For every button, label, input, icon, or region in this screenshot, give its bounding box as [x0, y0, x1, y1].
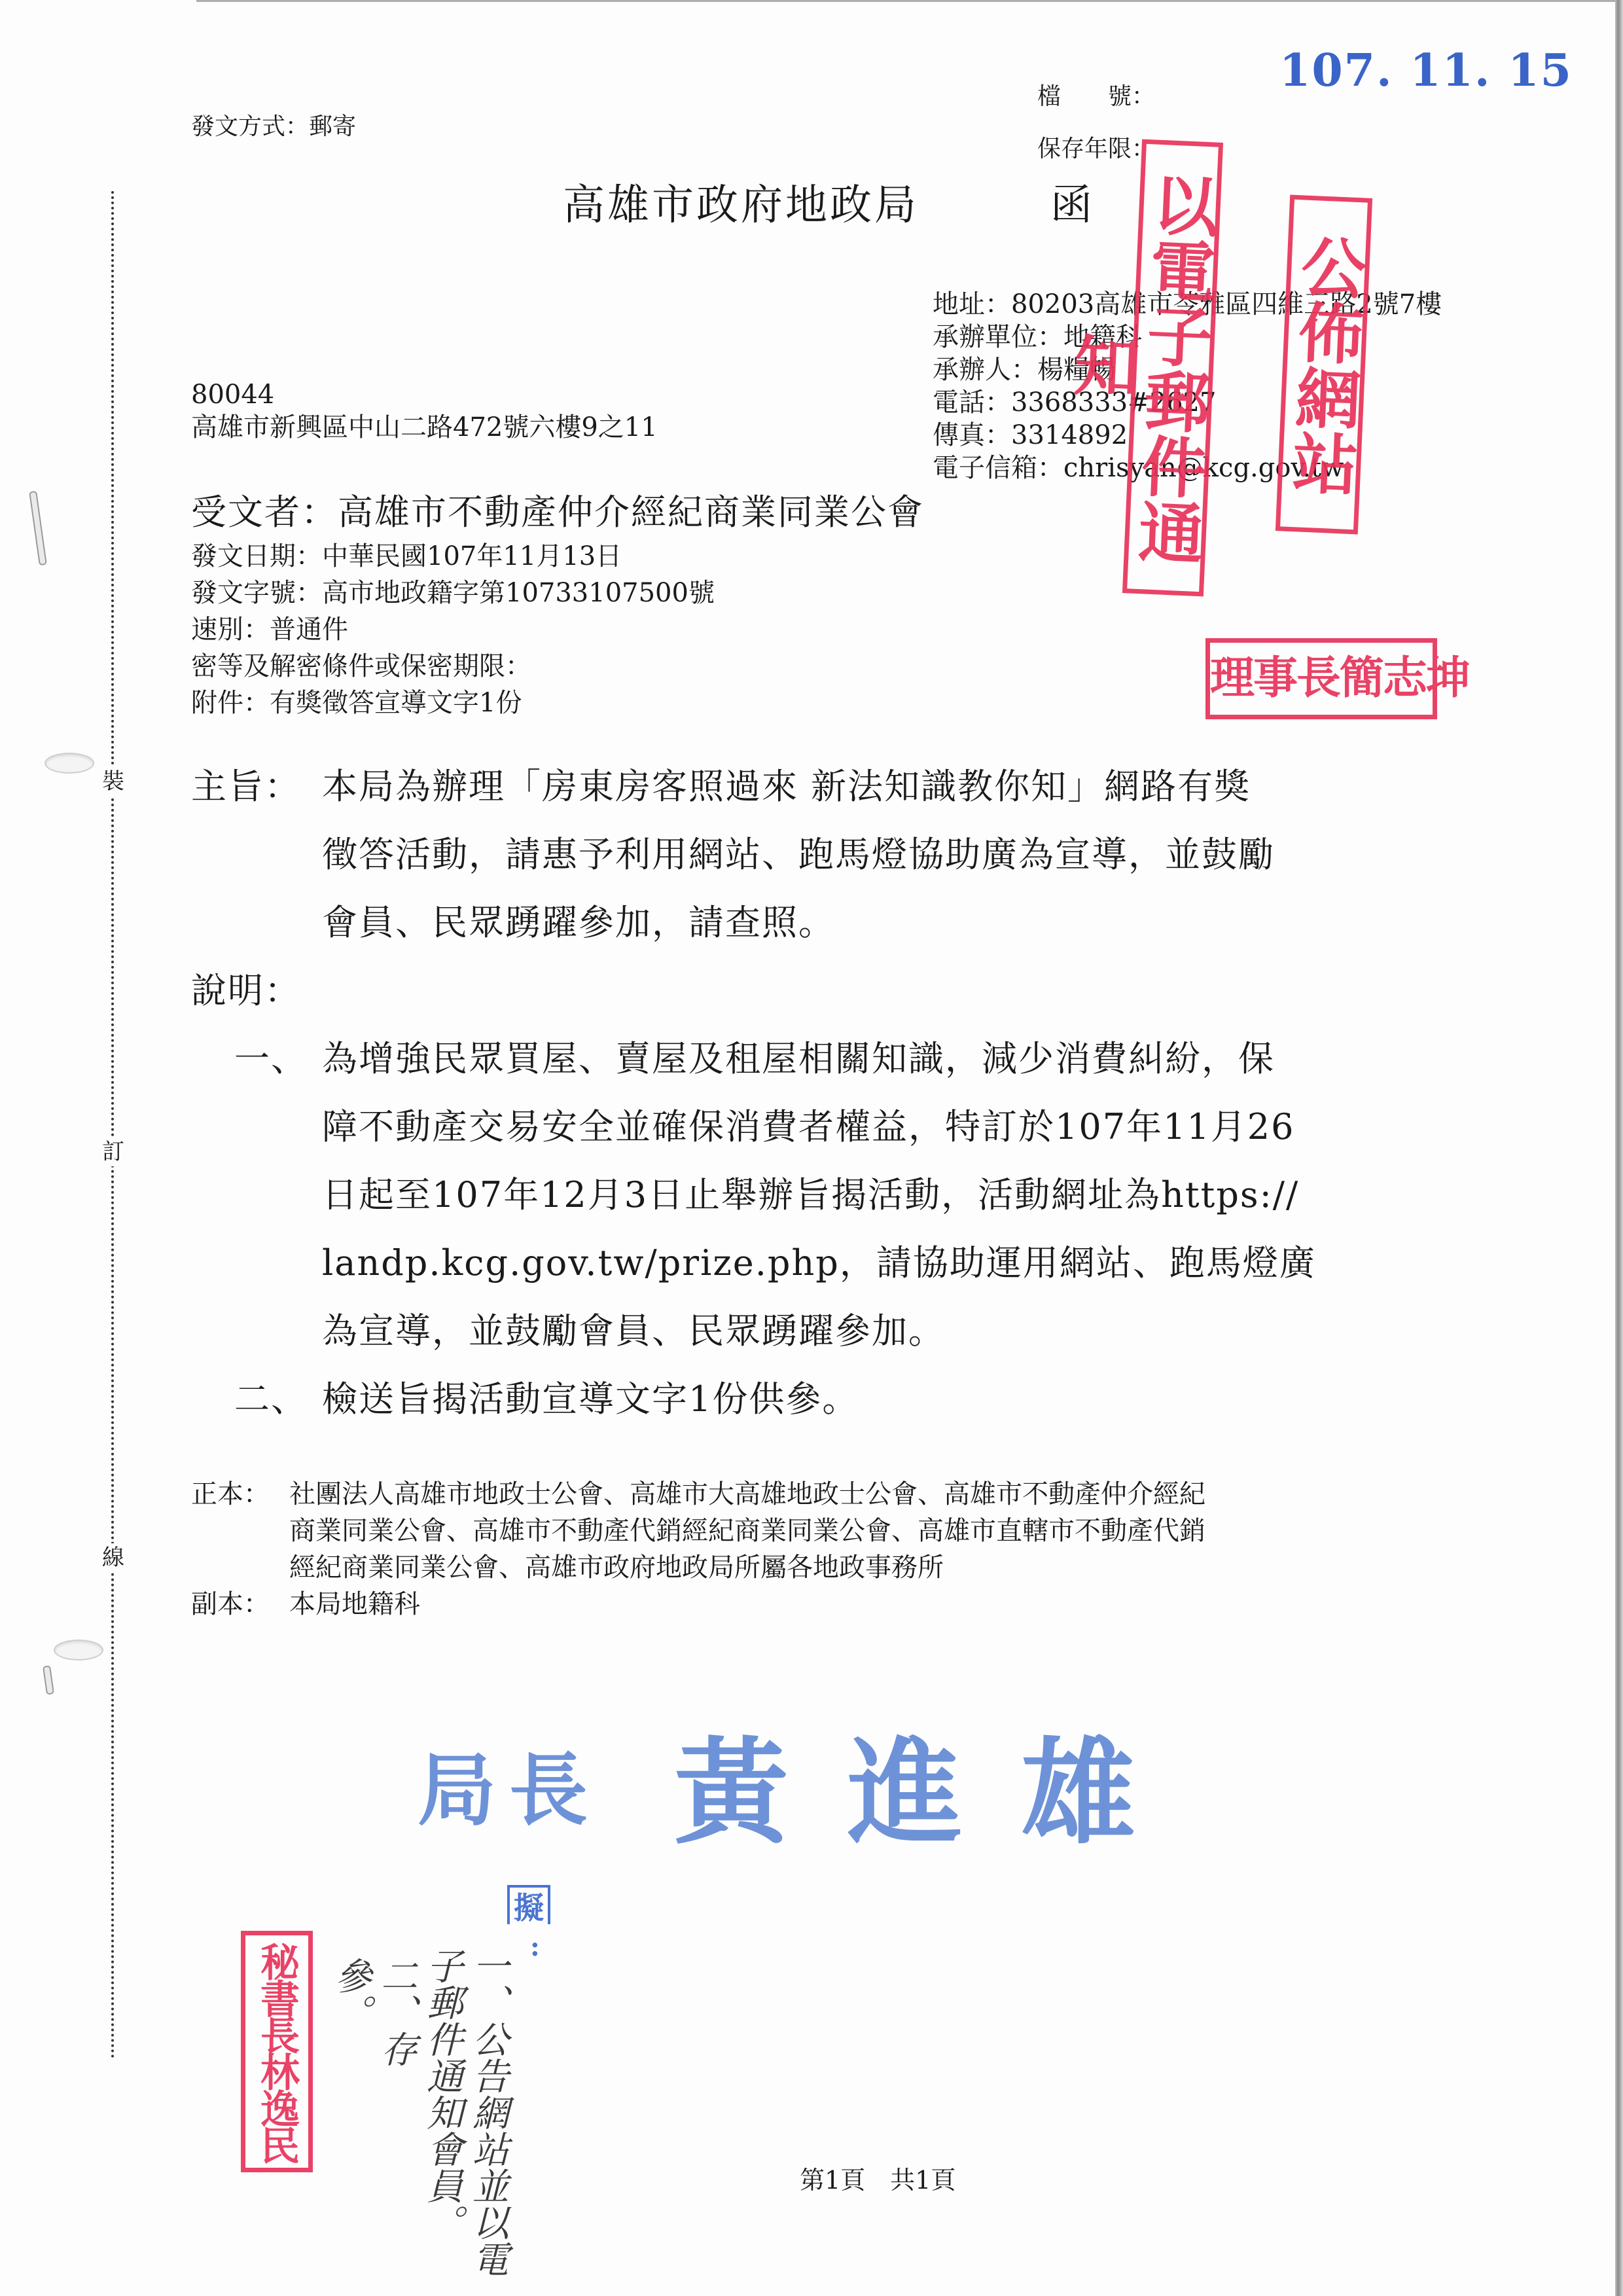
explanation-line: 障不動產交易安全並確保消費者權益，特訂於107年11月26	[322, 1093, 1316, 1161]
explanation-label: 說明：	[191, 957, 301, 1025]
subject-line: 會員、民眾踴躍參加，請查照。	[322, 889, 1275, 957]
copy-recipients: 本局地籍科	[289, 1586, 420, 1623]
subject-label: 主旨：	[191, 753, 301, 821]
explanation-item-1: 為增強民眾買屋、賣屋及租屋相關知識，減少消費糾紛，保 障不動產交易安全並確保消費…	[322, 1025, 1316, 1365]
received-date-stamp: 107. 11. 15	[1279, 45, 1573, 97]
speed-category: 速別：普通件	[191, 611, 715, 648]
subject-line: 本局為辦理「房東房客照過來 新法知識教你知」網路有獎	[322, 753, 1275, 821]
original-recipients-line: 經紀商業同業公會、高雄市政府地政局所屬各地政事務所	[289, 1549, 1205, 1586]
explanation-marker-1: 一、	[234, 1025, 308, 1093]
handwritten-note-item-1: 一、公告網站並以電子郵件通知會員。	[419, 1947, 510, 2287]
original-recipients-label: 正本：	[191, 1476, 270, 1513]
confidentiality: 密等及解密條件或保密期限：	[191, 648, 715, 685]
draft-stamp: 擬	[507, 1885, 550, 1924]
original-recipients-list: 社團法人高雄市地政士公會、高雄市大高雄地政士公會、高雄市不動產仲介經紀 商業同業…	[289, 1476, 1205, 1586]
chairman-seal: 理事長簡志坤	[1205, 638, 1437, 719]
subject-body: 本局為辦理「房東房客照過來 新法知識教你知」網路有獎 徵答活動，請惠予利用網站、…	[322, 753, 1275, 957]
scan-right-edge	[1615, 0, 1623, 2296]
punch-hole-icon	[54, 1640, 103, 1660]
staple-mark-icon	[43, 1665, 54, 1695]
binding-mark-xian: 線	[102, 1543, 124, 1572]
explanation-marker-2: 二、	[234, 1365, 308, 1433]
website-publish-stamp: 公佈網站	[1275, 194, 1372, 534]
document-type: 函	[1050, 171, 1095, 232]
explanation-line: 日起至107年12月3日止舉辦旨揭活動，活動網址為https://	[322, 1161, 1316, 1229]
original-recipients-line: 商業同業公會、高雄市不動產代銷經紀商業同業公會、高雄市直轄市不動產代銷	[289, 1513, 1205, 1549]
document-number: 發文字號：高市地政籍字第10733107500號	[191, 575, 715, 611]
handwritten-note-item-2: 二、存參。	[327, 1957, 419, 2127]
postal-code: 80044	[191, 378, 658, 411]
binding-mark-ding: 訂	[102, 1138, 124, 1166]
issue-date: 發文日期：中華民國107年11月13日	[191, 538, 715, 575]
explanation-line: 為增強民眾買屋、賣屋及租屋相關知識，減少消費糾紛，保	[322, 1025, 1316, 1093]
director-title-stamp: 局長	[418, 1728, 601, 1840]
recipient: 受文者：高雄市不動產仲介經紀商業同業公會	[191, 484, 924, 535]
staple-mark-icon	[29, 491, 47, 566]
subject-line: 徵答活動，請惠予利用網站、跑馬燈協助廣為宣導，並鼓勵	[322, 821, 1275, 889]
email-notice-stamp: 以電子郵件通知	[1122, 139, 1223, 597]
agency-title: 高雄市政府地政局	[563, 171, 919, 232]
recipient-address-block: 80044 高雄市新興區中山二路472號六樓9之11	[191, 378, 658, 444]
director-name-stamp: 黃進雄	[674, 1702, 1194, 1866]
explanation-line: 為宣導，並鼓勵會員、民眾踴躍參加。	[322, 1297, 1316, 1365]
page-number: 第1頁 共1頁	[800, 2160, 955, 2196]
dispatch-method: 發文方式：郵寄	[191, 113, 356, 141]
street-address: 高雄市新興區中山二路472號六樓9之11	[191, 411, 658, 444]
draft-colon: :	[530, 1941, 540, 1954]
attachment: 附件：有獎徵答宣導文字1份	[191, 685, 715, 721]
retention-period-label: 保存年限：	[1037, 135, 1155, 164]
scan-top-edge	[196, 0, 1616, 2]
explanation-line-url: landp.kcg.gov.tw/prize.php，請協助運用網站、跑馬燈廣	[322, 1229, 1316, 1297]
binding-dotted-line	[111, 191, 114, 2060]
secretary-general-seal: 秘書長林逸民	[241, 1931, 313, 2172]
copy-recipients-label: 副本：	[191, 1586, 270, 1623]
binding-mark-zhuang: 裝	[102, 767, 124, 796]
file-number-label: 檔 號：	[1037, 82, 1155, 111]
original-recipients-line: 社團法人高雄市地政士公會、高雄市大高雄地政士公會、高雄市不動產仲介經紀	[289, 1476, 1205, 1513]
explanation-item-2: 檢送旨揭活動宣導文字1份供參。	[322, 1365, 859, 1433]
punch-hole-icon	[45, 753, 94, 774]
document-metadata: 發文日期：中華民國107年11月13日 發文字號：高市地政籍字第10733107…	[191, 538, 715, 721]
